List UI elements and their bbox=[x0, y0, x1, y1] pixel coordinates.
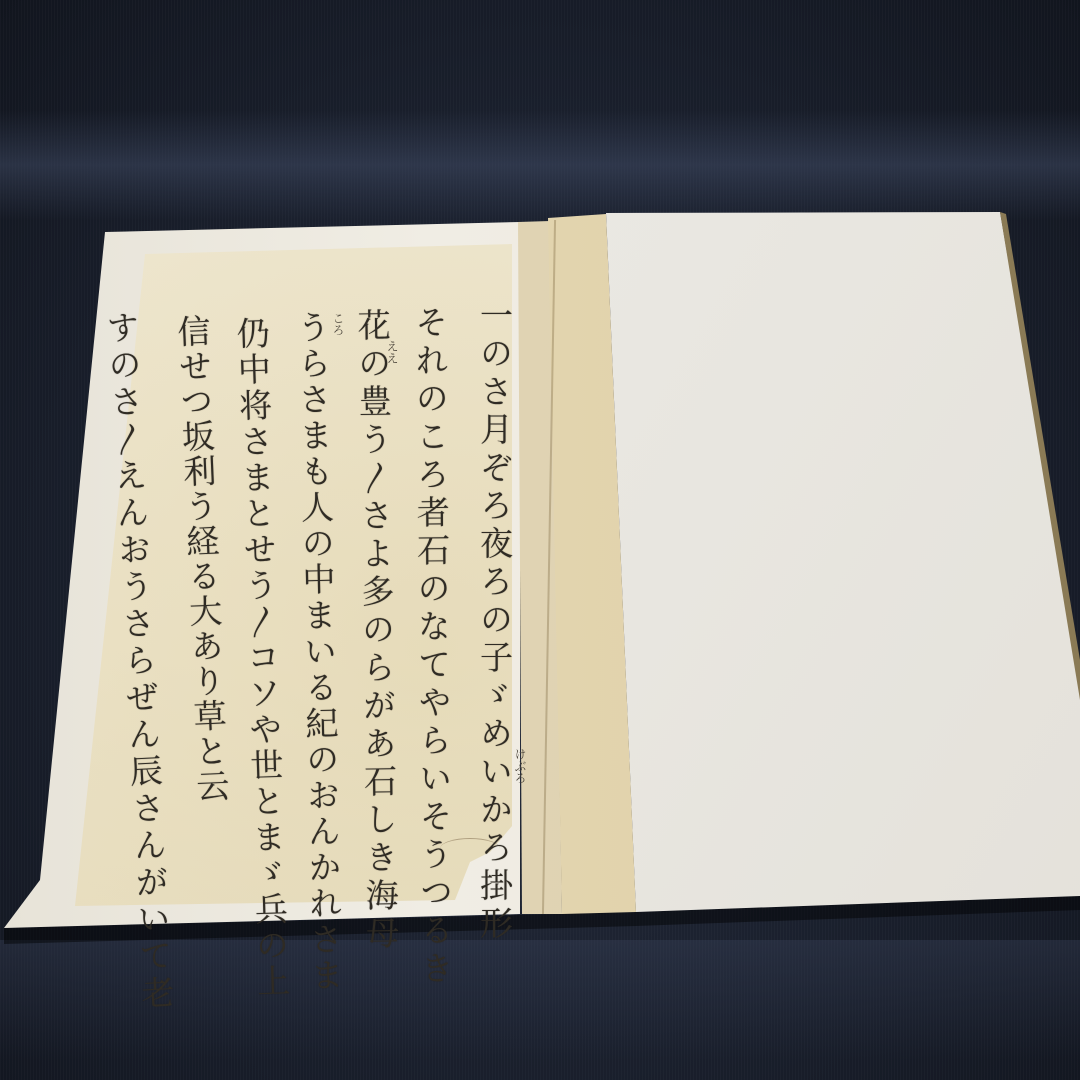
cloth-fold-highlight bbox=[0, 110, 1080, 220]
furigana-2: ええ bbox=[386, 340, 398, 364]
furigana-1: けぶろ bbox=[514, 748, 526, 784]
manuscript-column-2: それのころ者石のなてやらいそうつるき bbox=[413, 305, 452, 989]
manuscript-column-3: 花の豊う〳さよ多のらがあ石しき海母 bbox=[355, 308, 397, 954]
furigana-3: ころ bbox=[332, 312, 344, 336]
manuscript-column-1: 一のさ月ぞろ夜ろの子ゞめいかろ掛形 bbox=[478, 298, 511, 944]
